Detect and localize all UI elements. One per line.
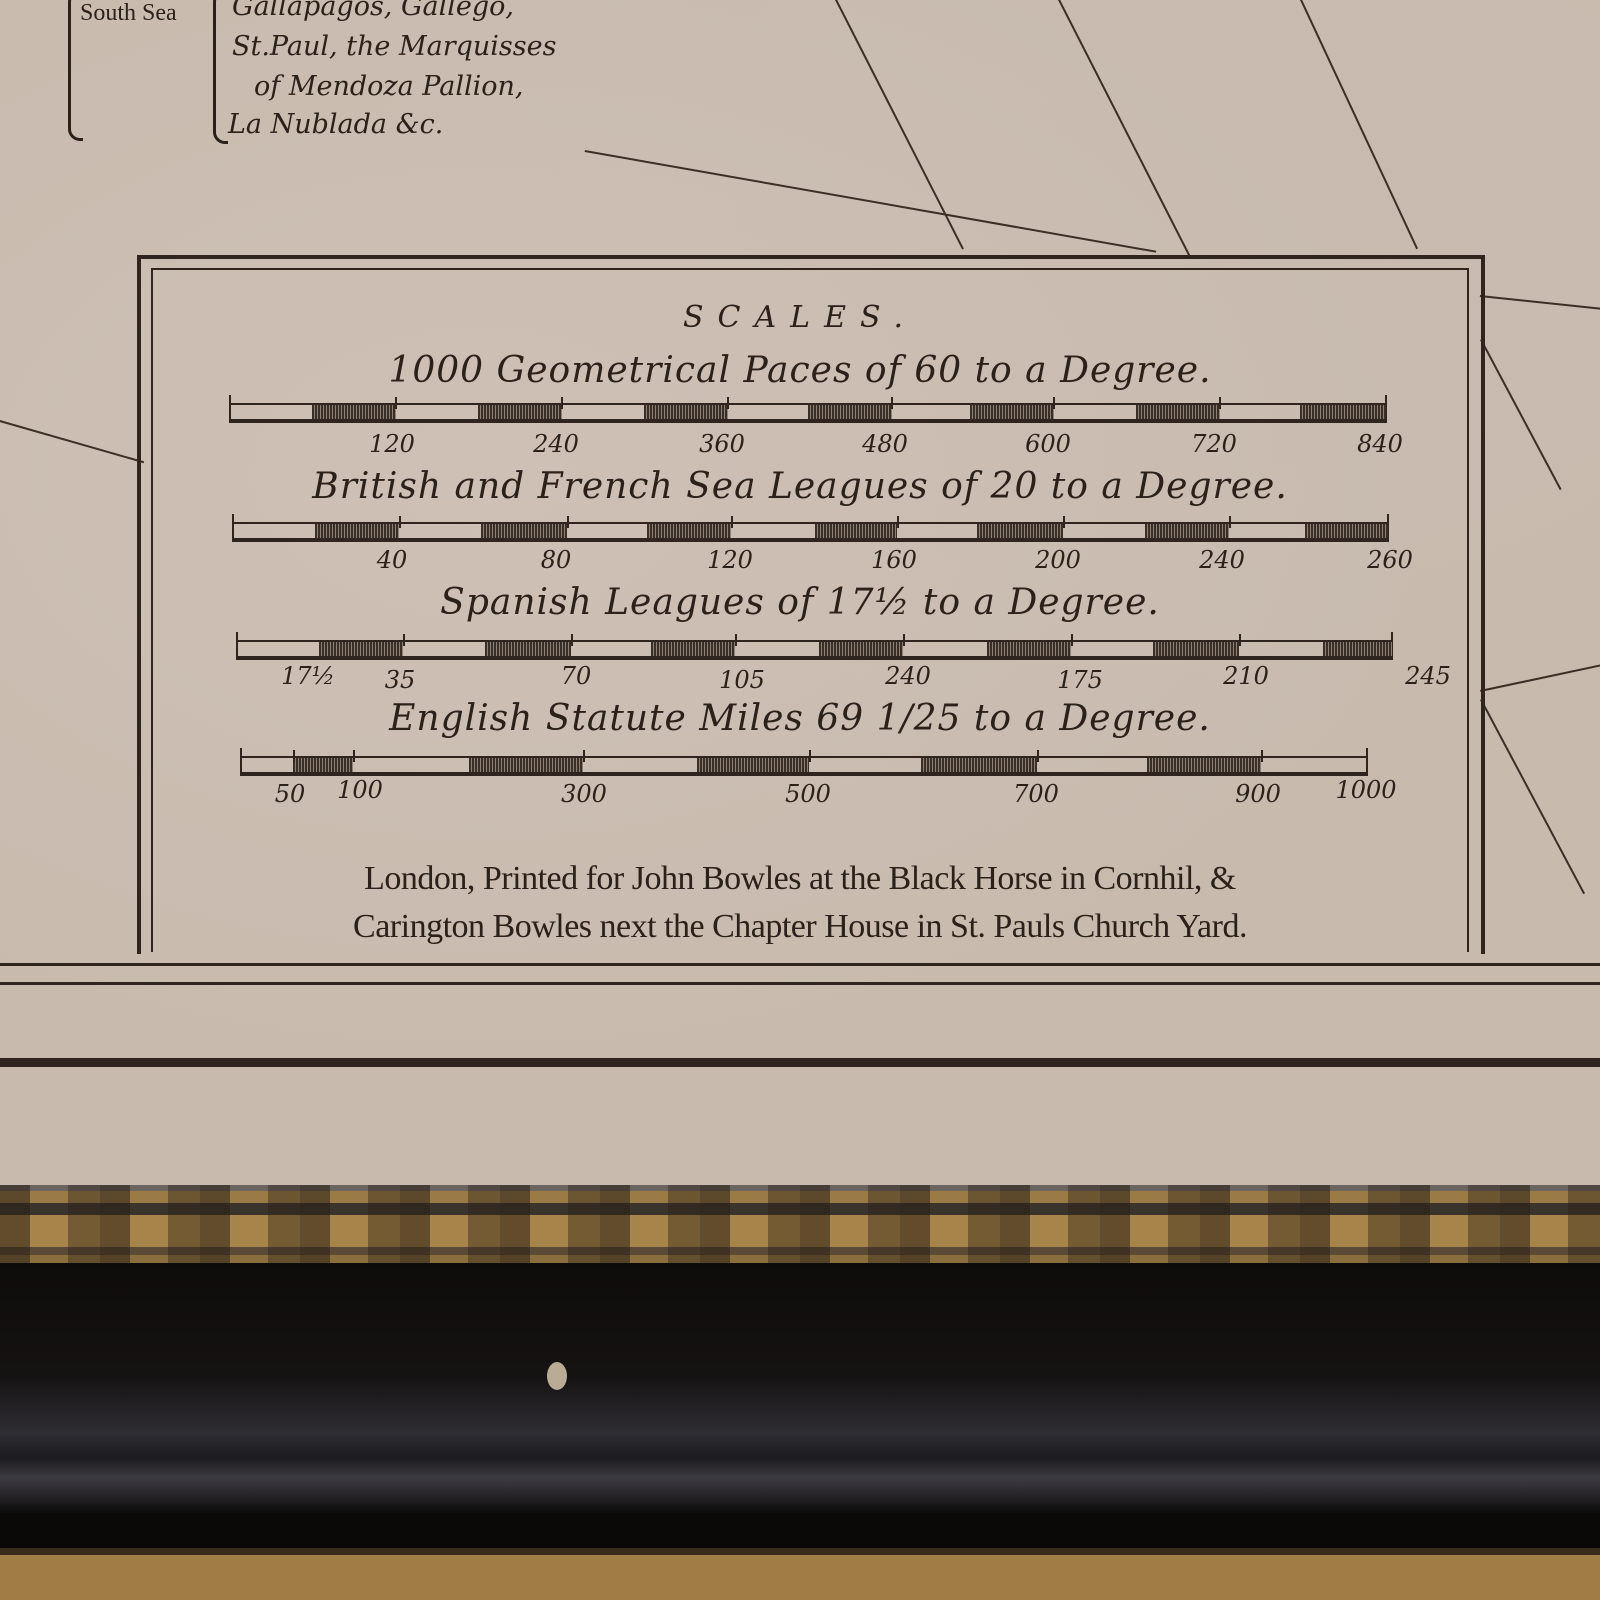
scale-tick-label: 260 xyxy=(1367,546,1413,574)
scale-tick-label: 210 xyxy=(1223,662,1269,690)
scale-tick-label: 245 xyxy=(1405,662,1451,690)
scale-bar-statute-miles xyxy=(241,756,1367,776)
scale-tick-label: 35 xyxy=(385,666,416,694)
rhumb-line xyxy=(0,420,144,463)
scale-tick-label: 480 xyxy=(862,430,908,458)
legend-entry: of Mendoza Pallion, xyxy=(254,68,523,105)
map-border-rule-thick xyxy=(0,1058,1600,1067)
scale-tick-label: 120 xyxy=(707,546,753,574)
scale-tick-label: 200 xyxy=(1035,546,1081,574)
frame-ebonized-panel xyxy=(0,1263,1600,1513)
map-border-rule xyxy=(0,982,1600,985)
scale-tick-label: 17½ xyxy=(281,662,335,690)
rhumb-line xyxy=(1480,663,1600,692)
rhumb-line xyxy=(585,150,1157,253)
map-paper: South Sea Gallapagos, Gallego, St.Paul, … xyxy=(0,0,1600,1185)
scale-tick-label: 300 xyxy=(561,780,607,808)
scale-tick-label: 240 xyxy=(533,430,579,458)
scale-caption-statute-miles: English Statute Miles 69 1/25 to a Degre… xyxy=(0,698,1600,739)
imprint-line-2: Carington Bowles next the Chapter House … xyxy=(0,908,1600,946)
scale-tick-label: 600 xyxy=(1025,430,1071,458)
picture-frame xyxy=(0,1185,1600,1600)
legend-bracket-right xyxy=(213,0,228,144)
scale-tick-label: 240 xyxy=(1199,546,1245,574)
scale-tick-label: 70 xyxy=(561,662,592,690)
map-border-rule xyxy=(0,963,1600,966)
scales-title: SCALES. xyxy=(0,300,1600,335)
legend-entry: St.Paul, the Marquisses xyxy=(232,28,556,65)
scale-tick-label: 240 xyxy=(885,662,931,690)
scale-caption-spanish-leagues: Spanish Leagues of 17½ to a Degree. xyxy=(0,582,1600,623)
scale-tick-label: 120 xyxy=(369,430,415,458)
scale-tick-label: 80 xyxy=(541,546,572,574)
scale-tick-label: 500 xyxy=(785,780,831,808)
legend-region-label: South Sea xyxy=(80,0,177,27)
rhumb-line xyxy=(1058,0,1191,258)
scale-tick-label: 40 xyxy=(377,546,408,574)
scale-tick-label: 105 xyxy=(719,666,765,694)
scale-tick-label: 840 xyxy=(1357,430,1403,458)
frame-nail-head xyxy=(547,1362,567,1390)
scale-tick-label: 50 xyxy=(275,780,306,808)
scale-tick-label: 360 xyxy=(699,430,745,458)
scale-tick-label: 700 xyxy=(1013,780,1059,808)
legend-entry: Gallapagos, Gallego, xyxy=(232,0,514,25)
scale-tick-label: 175 xyxy=(1057,666,1103,694)
scale-tick-label: 1000 xyxy=(1335,776,1396,804)
scale-bar-geometrical-paces xyxy=(230,403,1386,423)
scale-caption-geometrical-paces: 1000 Geometrical Paces of 60 to a Degree… xyxy=(0,350,1600,391)
scale-tick-label: 900 xyxy=(1235,780,1281,808)
scale-tick-label: 160 xyxy=(871,546,917,574)
legend-entry: La Nublada &c. xyxy=(228,106,443,143)
rhumb-line xyxy=(835,0,964,249)
frame-gilt-moulding-bottom xyxy=(0,1513,1600,1600)
scale-tick-label: 100 xyxy=(337,776,383,804)
scale-bar-sea-leagues xyxy=(233,522,1388,542)
imprint-line-1: London, Printed for John Bowles at the B… xyxy=(0,860,1600,898)
scale-bar-spanish-leagues xyxy=(237,640,1392,660)
scale-tick-label: 720 xyxy=(1191,430,1237,458)
scale-caption-sea-leagues: British and French Sea Leagues of 20 to … xyxy=(0,466,1600,507)
rhumb-line xyxy=(1300,0,1418,249)
frame-gilt-moulding-top xyxy=(0,1185,1600,1263)
